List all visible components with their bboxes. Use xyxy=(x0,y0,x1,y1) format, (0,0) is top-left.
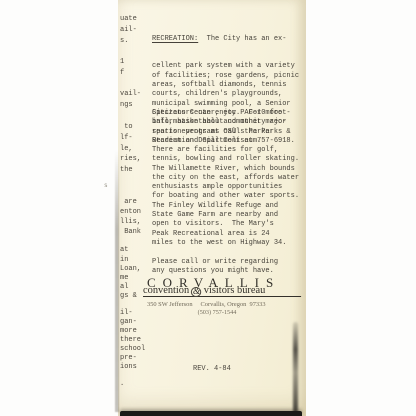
left-column-fragment: are xyxy=(120,198,137,207)
ampersand-flourish: & xyxy=(191,287,201,297)
left-column-fragment: le, xyxy=(120,145,133,154)
left-column-fragment: to xyxy=(120,123,133,132)
logo-tagline: convention & visitors bureau xyxy=(143,285,301,297)
scanned-brochure-page: { "colors": { "paper": "#f7f2dd", "ink":… xyxy=(0,0,416,416)
revision-note: REV. 4-84 xyxy=(193,365,231,373)
left-column-fragment: Bank xyxy=(120,228,141,237)
left-column-fragment: il- xyxy=(120,309,133,318)
left-column-fragment: s. xyxy=(120,37,128,46)
left-column-fragment: at xyxy=(120,246,128,255)
facilities-paragraph: There are facilities for golf, tennis, b… xyxy=(152,146,299,248)
left-column-fragment: Loan, xyxy=(120,265,141,274)
left-column-fragment: 1 xyxy=(120,58,124,67)
left-column-fragment: school xyxy=(120,345,145,354)
stray-mark: s xyxy=(104,182,108,189)
logo-phone: (503) 757-1544 xyxy=(147,309,287,316)
logo-tagline-bureau: visitors bureau xyxy=(204,285,266,296)
left-column-fragment: uate xyxy=(120,15,137,24)
left-column-fragment: me xyxy=(120,274,128,283)
left-column-fragment: ions xyxy=(120,363,137,372)
left-column-fragment: ngs xyxy=(120,101,133,110)
left-column-fragment: ail- xyxy=(120,26,137,35)
left-column-fragment: pre- xyxy=(120,354,137,363)
left-column-fragment: more xyxy=(120,327,137,336)
recreation-heading-line: RECREATION: The City has an ex- xyxy=(152,35,299,44)
left-column-fragment: gan- xyxy=(120,318,137,327)
logo-address: 350 SW Jefferson Corvallis, Oregon 97333 xyxy=(147,301,295,308)
left-column-fragment: llis, xyxy=(120,218,141,227)
recreation-heading-rest: The City has an ex- xyxy=(198,35,286,43)
left-column-fragment: in xyxy=(120,256,128,265)
left-column-fragment: vail- xyxy=(120,90,141,99)
spectators-paragraph: Spectators can enjoy PAC-10 foot- ball, … xyxy=(152,109,291,146)
paper-scan: uateail-s.1fvail-ngs tolf-le,ries,the ar… xyxy=(118,0,306,416)
left-column-fragment: gs & xyxy=(120,292,137,301)
paper-left-edge-shadow xyxy=(115,150,119,412)
left-column-fragment: . xyxy=(120,380,124,389)
left-column-fragment: there xyxy=(120,336,141,345)
recreation-heading: RECREATION: xyxy=(152,35,198,43)
call-or-write-paragraph: Please call or write regarding any quest… xyxy=(152,258,278,277)
left-column-fragment: al xyxy=(120,283,128,292)
left-column-fragment: ries, xyxy=(120,155,141,164)
paper-bottom-edge xyxy=(120,411,302,416)
left-column-fragment: f xyxy=(120,69,124,78)
left-column-fragment: lf- xyxy=(120,134,133,143)
logo-tagline-convention: convention xyxy=(143,285,189,296)
left-column-fragment: enton xyxy=(120,208,141,217)
paper-right-edge-smudge xyxy=(293,322,298,414)
left-column-fragment: the xyxy=(120,166,133,175)
